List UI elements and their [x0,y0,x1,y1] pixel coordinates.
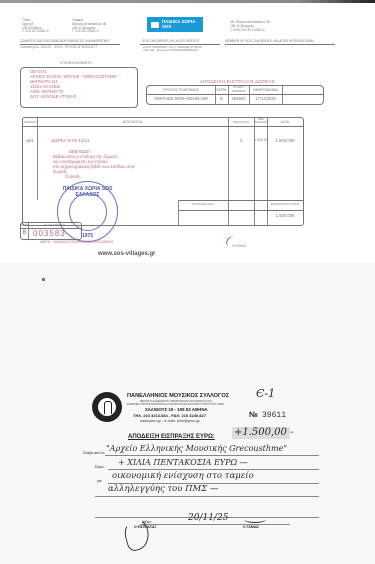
received-from-label: Έλαβα από το [83,451,104,455]
line [108,469,319,470]
divider [225,44,335,45]
date-value: 17/11/2025 [249,96,282,101]
org-name: ΠΑΝΕΛΛΗΝΙΟΣ ΜΟΥΣΙΚΟΣ ΣΥΛΛΟΓΟΣ [127,393,229,399]
row-code: Δ01 [23,138,37,143]
series-value: Β [215,96,228,101]
header-description: ΑΙΤΙΟΛΟΓΙΑ [37,120,228,124]
handwritten-mark: Є-1 [256,387,275,400]
amount-in-words: + ΧΙΛΙΑ ΠΕΝΤΑΚΟΣΙΑ ΕΥΡΩ — [118,458,248,467]
depositor-box: D874471 ΑΡΧΕΙΟ ΕΛΛΗΝ. ΜΟΥΣΙΚ. "GRECOUSTH… [20,67,138,108]
receipt-number: 003583 [33,229,66,238]
sos-donation-receipt: Τίτλοι Σχολή 8 105 63 Αθήνα Τ. 210 32 13… [0,0,375,262]
payment-info-table: ΤΡΟΠΟΣ ΠΛΗΡΩΜΗΣ ΣΕΙΡΑ ΑΥΞΩΝ ΑΡΙΘΜΟΣ ΗΜΕΡ… [146,85,324,105]
mark-code: ΜΑΡΚ : 400000017252000000020020155199 [40,240,113,244]
header-payment-method: ΤΡΟΠΟΣ ΠΛΗΡΩΜΗΣ [147,88,215,92]
sos-logo-icon [151,22,159,28]
header-unit-price: ΤΙΜΗ ΜΟΝΑΔΑΣ [254,118,267,124]
office-left-address: Τίτλοι Σχολή 8 105 63 Αθήνα Τ. 210 32 13… [22,19,49,34]
address-line: Τ. 210 32 13 661-3 [72,30,106,34]
date-value: 20/11/25 [188,513,228,523]
office-middle-address: Γραφείο Εθνικής Αντιστάσεως 36 183 41 Μο… [72,19,106,34]
line [95,496,319,497]
row-description: ΔΩΡΕΑ ΚΤΘ 13/11 [51,138,90,143]
cashier-label: Ο ΤΑΜΙΑΣ [243,525,259,529]
serial-number-value: 263582 [228,96,249,101]
website: www.sos-villages.gr [98,251,155,257]
org-phone: ΤΗΛ. 210 3213.684 - FAX: 210 3240.827 [133,413,206,418]
row-value: 1.500,00€ [267,138,303,143]
row-unit-price: 1.500,00 [254,138,267,142]
number-label: ΑΥΞΩΝ ΑΡΙΘΜΟΣ [28,224,81,227]
header-code: ΚΩΔΙΚΟΣ [23,120,37,124]
receipt-title: ΑΠΟΔΕΙΞΗ ΕΙΣΠΡΑΞΗΣ ΕΥΡΩ: [128,434,215,440]
amount-due-label: ΕΙΣΠΡΑΚΤΕΟ ΠΟΣΟ [267,202,303,206]
series-value: Β [21,230,28,236]
depositor-line: ΔΟΥ: ΚΕΦΟΔΕ ΑΤΤΙΚΗΣ [30,94,118,99]
line [140,524,290,525]
org-subtitle: ΣΩΜΑΤΕΙΟ ΠΡΩΤΑΓΩΝΙΣΤΩΝ ΚΑΙ ΤΗΣ ΜΟΥΣΙΚΗΣ … [127,403,224,406]
receipt-number: 39611 [262,411,286,420]
amount-value: +1.500,00 - [234,427,293,438]
header-quantity: ΠΟΣΟΤΗΤΑ [228,120,254,124]
pms-logo-lyre-icon [92,392,122,422]
org-web: www.pmu.gr - e-mail: pmu@pmu.gr [140,419,200,423]
sos-logo: ΠΑΙΔΙΚΑ ΧΩΡΙΑ SOS [147,17,203,32]
payment-method-value: ΠΕΙΡΑΙΩΣ 5029-020155-199 [147,96,215,101]
header-date: ΗΜΕΡΟΜΗΝΙΑ [249,88,282,92]
registration-middle-2: Αριθ. Μητ. Μητρώου 0010440210801850217 [143,49,199,53]
scan-speck [42,278,45,281]
euro-label: Ευρώ: [95,465,105,469]
series-number-box: ΣΕΙΡΑ ΑΥΞΩΝ ΑΡΙΘΜΟΣ Β 003583 [20,222,82,240]
address-line: Τ. 0030 210 32 13 661-3 [230,29,270,33]
cashier-signature [244,516,266,523]
line [105,455,319,456]
note-signature: Ο Διευθ... [53,174,135,179]
purpose-line: οικονομική ενίσχυση στο ταμείο [112,471,254,481]
logo-text: SOS [162,25,195,30]
row-quantity: 1 [228,138,254,143]
scan-edge [0,0,375,3]
header-series: ΣΕΙΡΑ [215,88,228,92]
org-address: ΣΑΛΙΘΟΥΣ 10 - 106 53 ΑΘΗΝΑ [145,407,208,412]
office-right-address: 38, Εθνικού Αντιστάσεως 36 183 41 Μοσχάτ… [230,21,270,32]
certification-note: ΒΕΒΑΙΩΣΗ Βεβαιώνεται η επιδοχή της δωρεά… [53,149,135,179]
address-line: Τ. 210 32 13 661-3 [22,30,49,34]
number-label: № [249,410,258,419]
depositor-label: ΣΤΟΙΧΕΙΑ ΚΑΤΑΘΕΤΗ [60,62,92,66]
registration-left: Σύσταση Ν.Δ. 1111/72 - Φ.Ε.Κ. ΤΕΥΧΟΣ Β' … [20,46,98,50]
header-serial-number: ΑΥΞΩΝ ΑΡΙΘΜΟΣ [228,86,249,93]
receipt-title: ΑΠΟΔΕΙΞΗ ΕΙΣΠΡΑΞΗΣ ΔΩΡΕΑΣ [200,79,275,84]
series-label: ΣΕΙΡΑ [21,224,28,227]
receiver-signature [224,235,246,254]
header-value: ΑΞΙΑ [267,120,303,124]
purpose-label: για [97,479,101,483]
total-value-label: ΣΥΝΟΛΙΚΗ ΑΞΙΑ [178,202,228,206]
purpose-line: αλληλεγγύης του ΠΜΣ — [108,484,218,494]
amount-due-value: 1.500,00€ [267,213,303,218]
received-from-value: "Αρχείο Ελληνικής Μουσικής Grecousthme" [106,444,287,453]
